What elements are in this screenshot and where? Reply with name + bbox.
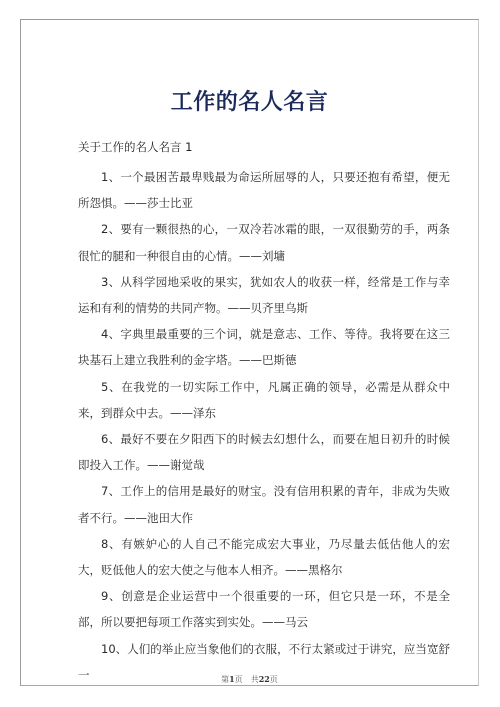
- quote-item: 6、最好不要在夕阳西下的时候去幻想什么，而要在旭日初升的时候即投入工作。——谢觉…: [78, 426, 450, 478]
- quote-item: 5、在我党的一切实际工作中，凡属正确的领导，必需是从群众中来，到群众中去。——泽…: [78, 374, 450, 426]
- section-heading: 关于工作的名人名言 1: [78, 137, 192, 157]
- document-page: 工作的名人名言 关于工作的名人名言 1 1、一个最困苦最卑贱最为命运所屈辱的人，…: [20, 19, 479, 686]
- page-label-mid: 页 共: [235, 675, 259, 684]
- quote-item: 8、有嫉妒心的人自己不能完成宏大事业，乃尽量去低估他人的宏大，贬低他人的宏大使之…: [78, 531, 450, 583]
- quote-item: 2、要有一颗很热的心，一双冷若冰霜的眼，一双很勤劳的手，两条很忙的腿和一种很自由…: [78, 216, 450, 268]
- quote-list: 1、一个最困苦最卑贱最为命运所屈辱的人，只要还抱有希望，便无所怨惧。——莎士比亚…: [78, 164, 450, 688]
- quote-item: 1、一个最困苦最卑贱最为命运所屈辱的人，只要还抱有希望，便无所怨惧。——莎士比亚: [78, 164, 450, 216]
- page-label-suffix: 页: [270, 675, 278, 684]
- page-footer: 第1页 共22页: [21, 674, 478, 685]
- quote-item: 3、从科学园地采收的果实，犹如农人的收获一样，经常是工作与幸运和有利的情势的共同…: [78, 269, 450, 321]
- page-total: 22: [259, 674, 270, 684]
- document-title: 工作的名人名言: [21, 88, 478, 118]
- page-label-prefix: 第: [221, 675, 229, 684]
- quote-item: 4、字典里最重要的三个词，就是意志、工作、等待。我将要在这三块基石上建立我胜利的…: [78, 321, 450, 373]
- quote-item: 7、工作上的信用是最好的财宝。没有信用积累的青年，非成为失败者不行。——池田大作: [78, 478, 450, 530]
- quote-item: 9、创意是企业运营中一个很重要的一环，但它只是一环，不是全部，所以要把每项工作落…: [78, 583, 450, 635]
